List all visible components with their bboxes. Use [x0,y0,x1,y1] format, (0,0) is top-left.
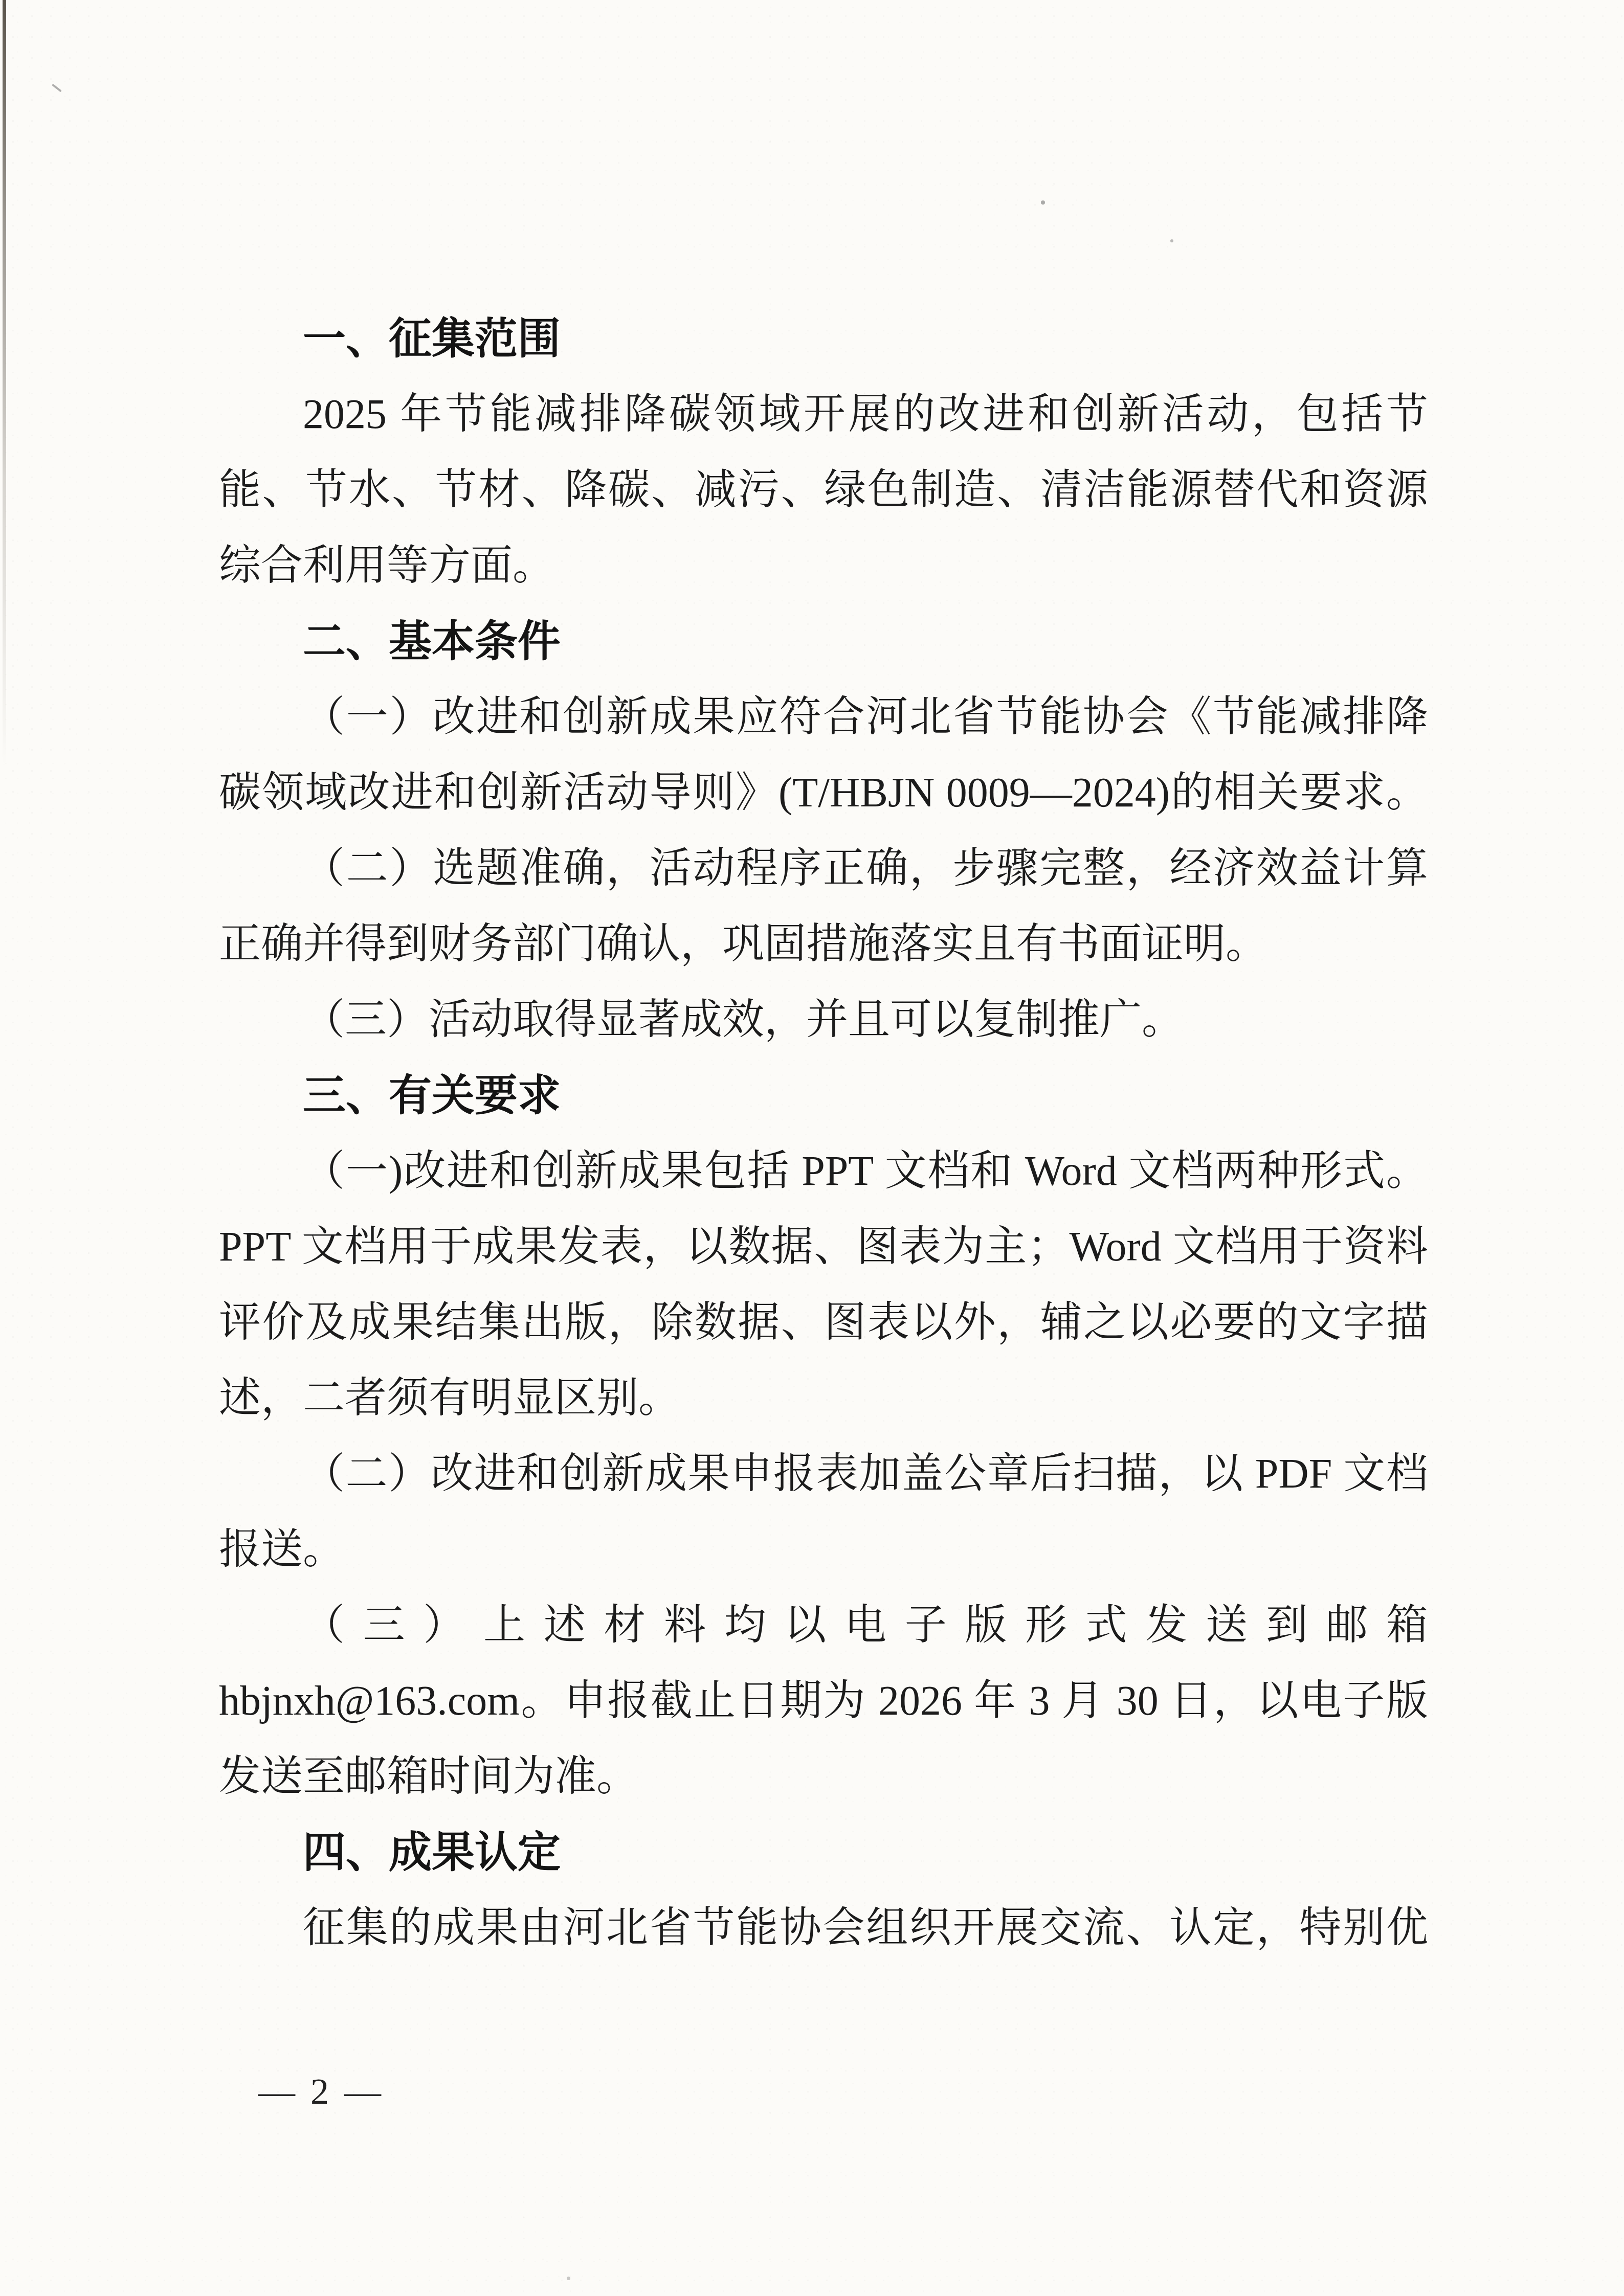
scan-speck [567,2277,570,2280]
body-line: 述，二者须有明显区别。 [219,1360,1428,1436]
scan-speck [1041,200,1045,205]
body-line: （三）活动取得显著成效，并且可以复制推广。 [219,982,1428,1057]
scanned-document-page: 一、征集范围 2025 年节能减排降碳领域开展的改进和创新活动，包括节 能、节水… [0,0,1624,2296]
body-line-stretched: （三）上述材料均以电子版形式发送到邮箱 [219,1587,1428,1663]
body-line: 能、节水、节材、降碳、减污、绿色制造、清洁能源替代和资源 [219,452,1428,528]
heading-section-1-collection-scope: 一、征集范围 [219,301,1428,376]
heading-section-2-basic-conditions: 二、基本条件 [219,603,1428,679]
body-line-email-deadline: hbjnxh@163.com。申报截止日期为 2026 年 3 月 30 日，以… [219,1663,1428,1739]
body-line: 评价及成果结集出版，除数据、图表以外，辅之以必要的文字描 [219,1285,1428,1360]
heading-section-4-result-recognition: 四、成果认定 [219,1814,1428,1890]
body-line: 综合利用等方面。 [219,528,1428,603]
body-line: 2025 年节能减排降碳领域开展的改进和创新活动，包括节 [219,376,1428,452]
scan-speck [1170,239,1173,242]
body-line: 征集的成果由河北省节能协会组织开展交流、认定，特别优 [219,1890,1428,1966]
body-line: 碳领域改进和创新活动导则》(T/HBJN 0009—2024)的相关要求。 [219,755,1428,830]
heading-section-3-requirements: 三、有关要求 [219,1057,1428,1133]
body-line: 报送。 [219,1512,1428,1587]
scan-edge-artifact [3,0,6,767]
body-line: （一)改进和创新成果包括 PPT 文档和 Word 文档两种形式。 [219,1133,1428,1209]
page-number: — 2 — [258,2066,384,2117]
scan-speck [52,84,62,93]
body-line: （二）选题准确，活动程序正确，步骤完整，经济效益计算 [219,830,1428,906]
body-line: 发送至邮箱时间为准。 [219,1739,1428,1814]
body-line: （一）改进和创新成果应符合河北省节能协会《节能减排降 [219,679,1428,755]
body-line: 正确并得到财务部门确认，巩固措施落实且有书面证明。 [219,906,1428,982]
document-body: 一、征集范围 2025 年节能减排降碳领域开展的改进和创新活动，包括节 能、节水… [219,301,1428,1966]
body-line: （二）改进和创新成果申报表加盖公章后扫描，以 PDF 文档 [219,1436,1428,1512]
body-line: PPT 文档用于成果发表，以数据、图表为主；Word 文档用于资料 [219,1209,1428,1285]
